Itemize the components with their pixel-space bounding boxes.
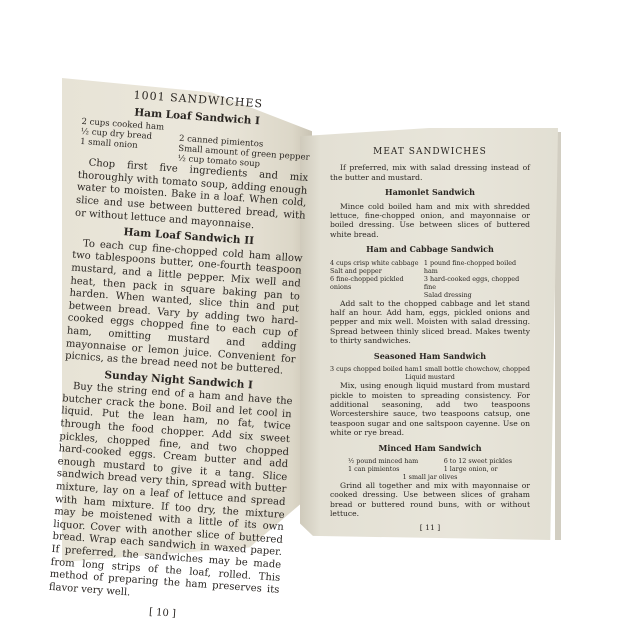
ingredient: 1 pound fine-chopped boiled ham — [424, 259, 530, 275]
open-book: 1001 SANDWICHES Ham Loaf Sandwich I 2 cu… — [0, 0, 640, 640]
ingredient: Liquid mustard — [330, 373, 530, 381]
recipe-title: Ham and Cabbage Sandwich — [330, 245, 530, 254]
recipe-body: Mince cold boiled ham and mix with shred… — [330, 202, 530, 240]
ingredient: 4 cups crisp white cabbage — [330, 259, 424, 267]
recipe-title: Seasoned Ham Sandwich — [330, 352, 530, 361]
recipe-body: Add salt to the chopped cabbage and let … — [330, 299, 530, 346]
left-page-text: 1001 SANDWICHES Ham Loaf Sandwich I 2 cu… — [47, 86, 313, 629]
recipe-body: Mix, using enough liquid mustard from mu… — [330, 381, 530, 437]
ingredient: 1 small jar olives — [330, 473, 530, 481]
ingredient: ½ pound minced ham — [348, 457, 418, 465]
ingredient: 6 fine-chopped pickled onions — [330, 275, 424, 291]
ingredient: 1 can pimientos — [348, 465, 418, 473]
ingredient: 1 small bottle chowchow, chopped — [419, 365, 530, 373]
recipe-title: Minced Ham Sandwich — [330, 444, 530, 453]
ingredient: Salad dressing — [424, 291, 530, 299]
ingredient: 1 large onion, or — [444, 465, 512, 473]
right-page-text: MEAT SANDWICHES If preferred, mix with s… — [330, 148, 530, 532]
ingredient: 6 to 12 sweet pickles — [444, 457, 512, 465]
ingredient: Salt and pepper — [330, 267, 424, 275]
running-head: MEAT SANDWICHES — [330, 148, 530, 157]
intro-text: If preferred, mix with salad dressing in… — [330, 163, 530, 182]
page-number: [ 11 ] — [330, 523, 530, 532]
recipe-body: To each cup fine-chopped cold ham allow … — [65, 237, 303, 379]
ingredient-list: ½ pound minced ham 1 can pimientos 6 to … — [330, 457, 530, 473]
recipe-body: Buy the string end of a ham and have the… — [48, 381, 292, 611]
recipe-body: Grind all together and mix with mayonnai… — [330, 481, 530, 519]
ingredient: 3 hard-cooked eggs, chopped fine — [424, 275, 530, 291]
ingredient-list: 4 cups crisp white cabbage Salt and pepp… — [330, 259, 530, 299]
ingredient: 3 cups chopped boiled ham — [330, 365, 419, 373]
recipe-title: Hamonlet Sandwich — [330, 188, 530, 197]
ingredient-list: 3 cups chopped boiled ham 1 small bottle… — [330, 365, 530, 373]
